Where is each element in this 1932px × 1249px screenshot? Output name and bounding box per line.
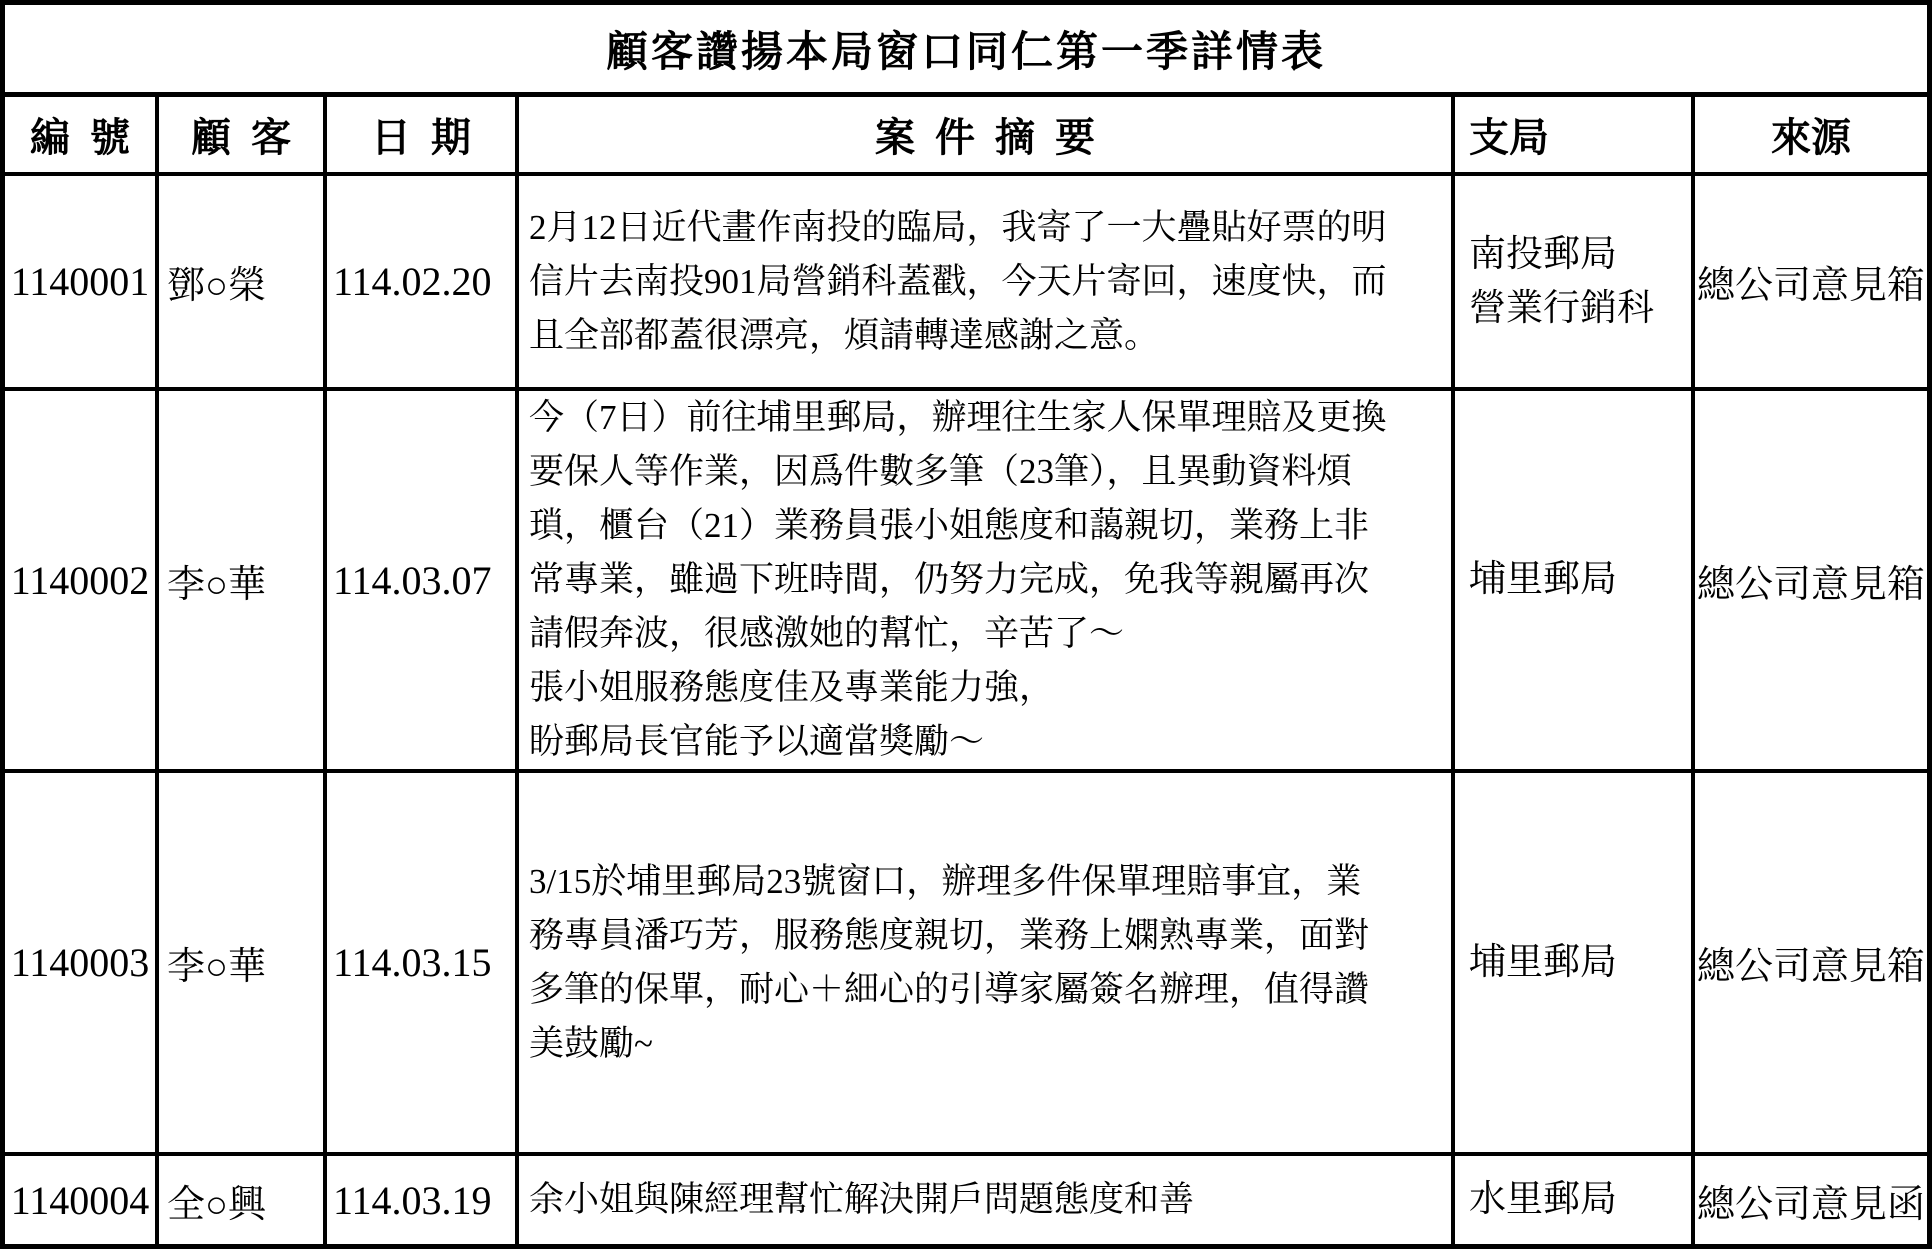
branch-cell: 埔里郵局 — [1451, 769, 1691, 1152]
customer-cell: 全○興 — [155, 1152, 323, 1244]
header-date: 日期 — [323, 92, 515, 172]
branch-cell: 南投郵局 營業行銷科 — [1451, 172, 1691, 387]
source-cell: 總公司意見箱 — [1691, 769, 1927, 1152]
date-cell: 114.03.19 — [323, 1152, 515, 1244]
date-cell: 114.03.15 — [323, 769, 515, 1152]
page-title: 顧客讚揚本局窗口同仁第一季詳情表 — [5, 5, 1927, 92]
branch-cell: 水里郵局 — [1451, 1152, 1691, 1244]
branch-cell: 埔里郵局 — [1451, 387, 1691, 769]
header-customer-label: 顧客 — [191, 106, 311, 163]
header-branch-label: 支局 — [1469, 106, 1549, 163]
header-source-label: 來源 — [1771, 106, 1851, 163]
header-customer: 顧客 — [155, 92, 323, 172]
summary-cell: 2月12日近代畫作南投的臨局，我寄了一大疊貼好票的明 信片去南投901局營銷科蓋… — [515, 172, 1451, 387]
header-source: 來源 — [1691, 92, 1927, 172]
header-summary-label: 案件摘要 — [875, 106, 1115, 163]
praise-detail-table: 顧客讚揚本局窗口同仁第一季詳情表 編號 顧客 日期 案件摘要 支局 來源 114… — [0, 0, 1932, 1249]
source-cell: 總公司意見箱 — [1691, 387, 1927, 769]
summary-cell: 今（7日）前往埔里郵局，辦理往生家人保單理賠及更換 要保人等作業，因爲件數多筆（… — [515, 387, 1451, 769]
case-id-cell: 1140004 — [5, 1152, 155, 1244]
summary-cell: 3/15於埔里郵局23號窗口，辦理多件保單理賠事宜，業 務專員潘巧芳，服務態度親… — [515, 769, 1451, 1152]
summary-cell: 余小姐與陳經理幫忙解決開戶問題態度和善 — [515, 1152, 1451, 1244]
header-branch: 支局 — [1451, 92, 1691, 172]
case-id-cell: 1140002 — [5, 387, 155, 769]
source-cell: 總公司意見箱 — [1691, 172, 1927, 387]
source-cell: 總公司意見函 — [1691, 1152, 1927, 1244]
customer-cell: 李○華 — [155, 387, 323, 769]
case-id-cell: 1140003 — [5, 769, 155, 1152]
customer-cell: 鄧○榮 — [155, 172, 323, 387]
header-id: 編號 — [5, 92, 155, 172]
date-cell: 114.03.07 — [323, 387, 515, 769]
case-id-cell: 1140001 — [5, 172, 155, 387]
header-summary: 案件摘要 — [515, 92, 1451, 172]
date-cell: 114.02.20 — [323, 172, 515, 387]
customer-cell: 李○華 — [155, 769, 323, 1152]
header-id-label: 編號 — [30, 106, 150, 163]
header-date-label: 日期 — [371, 106, 491, 163]
